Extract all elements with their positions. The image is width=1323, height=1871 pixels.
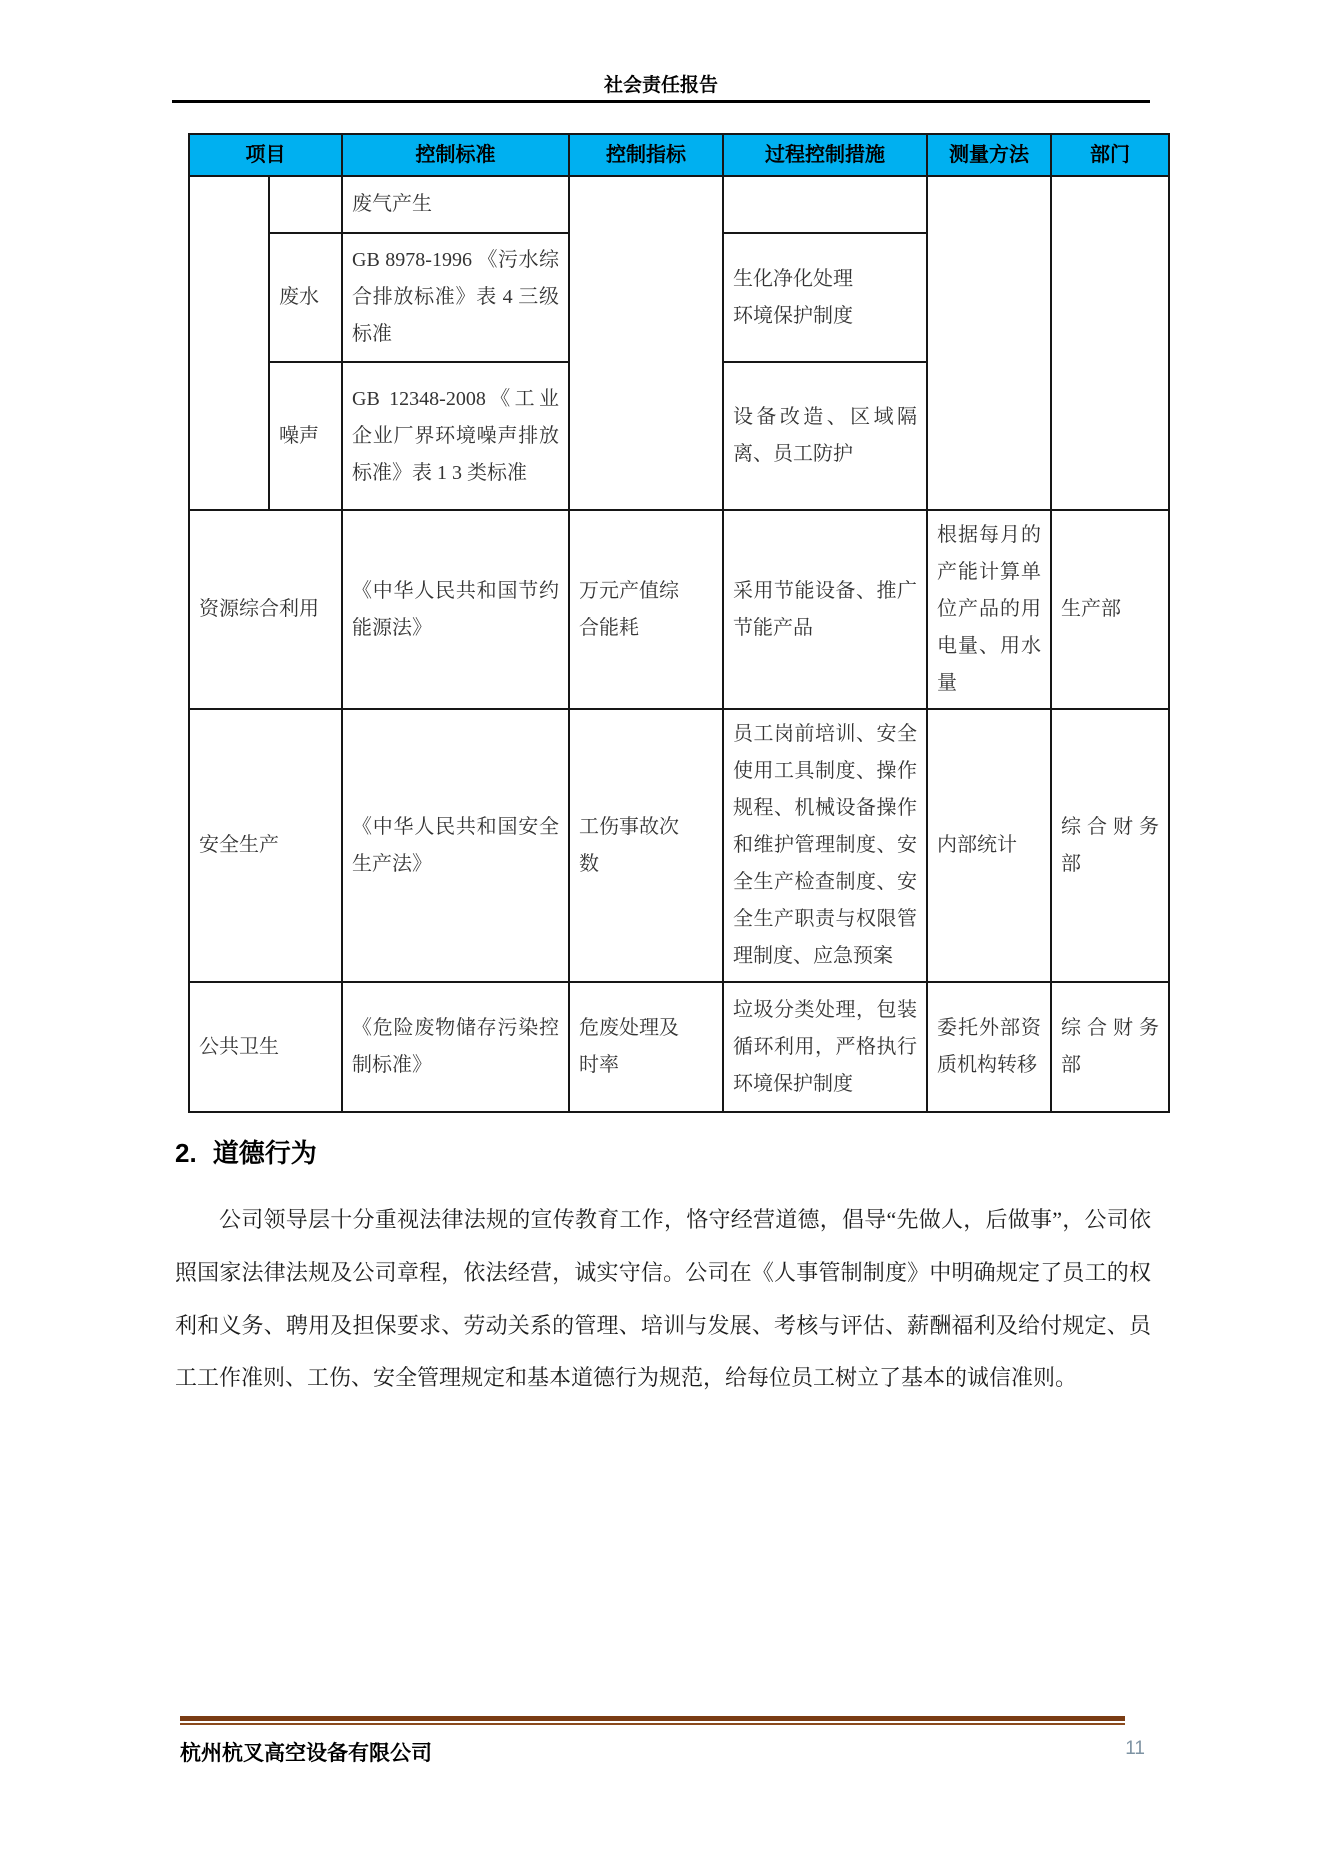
body-paragraph: 公司领导层十分重视法律法规的宣传教育工作，恪守经营道德，倡导“先做人，后做事”，… [175,1194,1151,1405]
cell-item: 资源综合利用 [189,510,342,709]
cell-process: 员工岗前培训、安全使用工具制度、操作规程、机械设备操作和维护管理制度、安全生产检… [723,709,927,982]
header-divider-line [172,100,1150,103]
footer-company-name: 杭州杭叉高空设备有限公司 [180,1737,432,1767]
cell-standard: 《中华人民共和国安全生产法》 [342,709,569,982]
cell-item: 废水 [269,233,342,362]
col-header-process: 过程控制措施 [723,134,927,176]
cell-item: 安全生产 [189,709,342,982]
row-public-health: 公共卫生 《危险废物储存污染控制标准》 危废处理及 时率 垃圾分类处理，包装循环… [189,982,1169,1112]
cell-item-empty [269,176,342,233]
cell-standard: 《危险废物储存污染控制标准》 [342,982,569,1112]
row-safety: 安全生产 《中华人民共和国安全生产法》 工伤事故次 数 员工岗前培训、安全使用工… [189,709,1169,982]
cell-process: 设备改造、区域隔离、员工防护 [723,362,927,510]
cell-dept: 综合财务部 [1051,709,1169,982]
cell-process: 生化净化处理 环境保护制度 [723,233,927,362]
cell-item: 噪声 [269,362,342,510]
control-standards-table: 项目 控制标准 控制指标 过程控制措施 测量方法 部门 废气产生 废水 GB 8… [188,133,1170,1113]
row-resource: 资源综合利用 《中华人民共和国节约能源法》 万元产值综 合能耗 采用节能设备、推… [189,510,1169,709]
cell-standard: 废气产生 [342,176,569,233]
cell-process-empty [723,176,927,233]
section-number: 2. [175,1138,197,1168]
cell-measure: 根据每月的产能计算单位产品的用电量、用水量 [927,510,1051,709]
cell-indicator: 危废处理及 时率 [569,982,723,1112]
cell-dept: 综合财务部 [1051,982,1169,1112]
row-waste-gas: 废气产生 [189,176,1169,233]
section-title: 道德行为 [213,1138,317,1168]
control-standards-table-container: 项目 控制标准 控制指标 过程控制措施 测量方法 部门 废气产生 废水 GB 8… [188,133,1170,1113]
report-page: 社会责任报告 项目 控制标准 控制指标 过程控制措施 测量方法 部门 废气产生 [0,0,1323,1871]
cell-indicator: 万元产值综 合能耗 [569,510,723,709]
table-header-row: 项目 控制标准 控制指标 过程控制措施 测量方法 部门 [189,134,1169,176]
cell-standard: 《中华人民共和国节约能源法》 [342,510,569,709]
cell-indicator: 工伤事故次 数 [569,709,723,982]
cell-measure: 内部统计 [927,709,1051,982]
cell-standard: GB 8978-1996 《污水综合排放标准》表 4 三级标准 [342,233,569,362]
cell-measure-empty [927,176,1051,510]
footer-divider-line [180,1716,1125,1725]
col-header-indicator: 控制指标 [569,134,723,176]
col-header-dept: 部门 [1051,134,1169,176]
cell-process: 采用节能设备、推广节能产品 [723,510,927,709]
page-header-title: 社会责任报告 [172,70,1150,97]
footer-divider-thick [180,1716,1125,1721]
col-header-measure: 测量方法 [927,134,1051,176]
section-heading: 2.道德行为 [175,1133,317,1170]
cell-measure: 委托外部资质机构转移 [927,982,1051,1112]
cell-process: 垃圾分类处理，包装循环利用，严格执行环境保护制度 [723,982,927,1112]
cell-dept-empty [1051,176,1169,510]
footer-divider-thin [180,1723,1125,1725]
col-header-item: 项目 [189,134,342,176]
footer-page-number: 11 [1085,1738,1145,1760]
col-header-standard: 控制标准 [342,134,569,176]
cell-standard: GB 12348-2008《工业企业厂界环境噪声排放标准》表 1 3 类标准 [342,362,569,510]
cell-indicator-empty [569,176,723,510]
cell-item: 公共卫生 [189,982,342,1112]
cell-item-category-empty [189,176,269,510]
cell-dept: 生产部 [1051,510,1169,709]
